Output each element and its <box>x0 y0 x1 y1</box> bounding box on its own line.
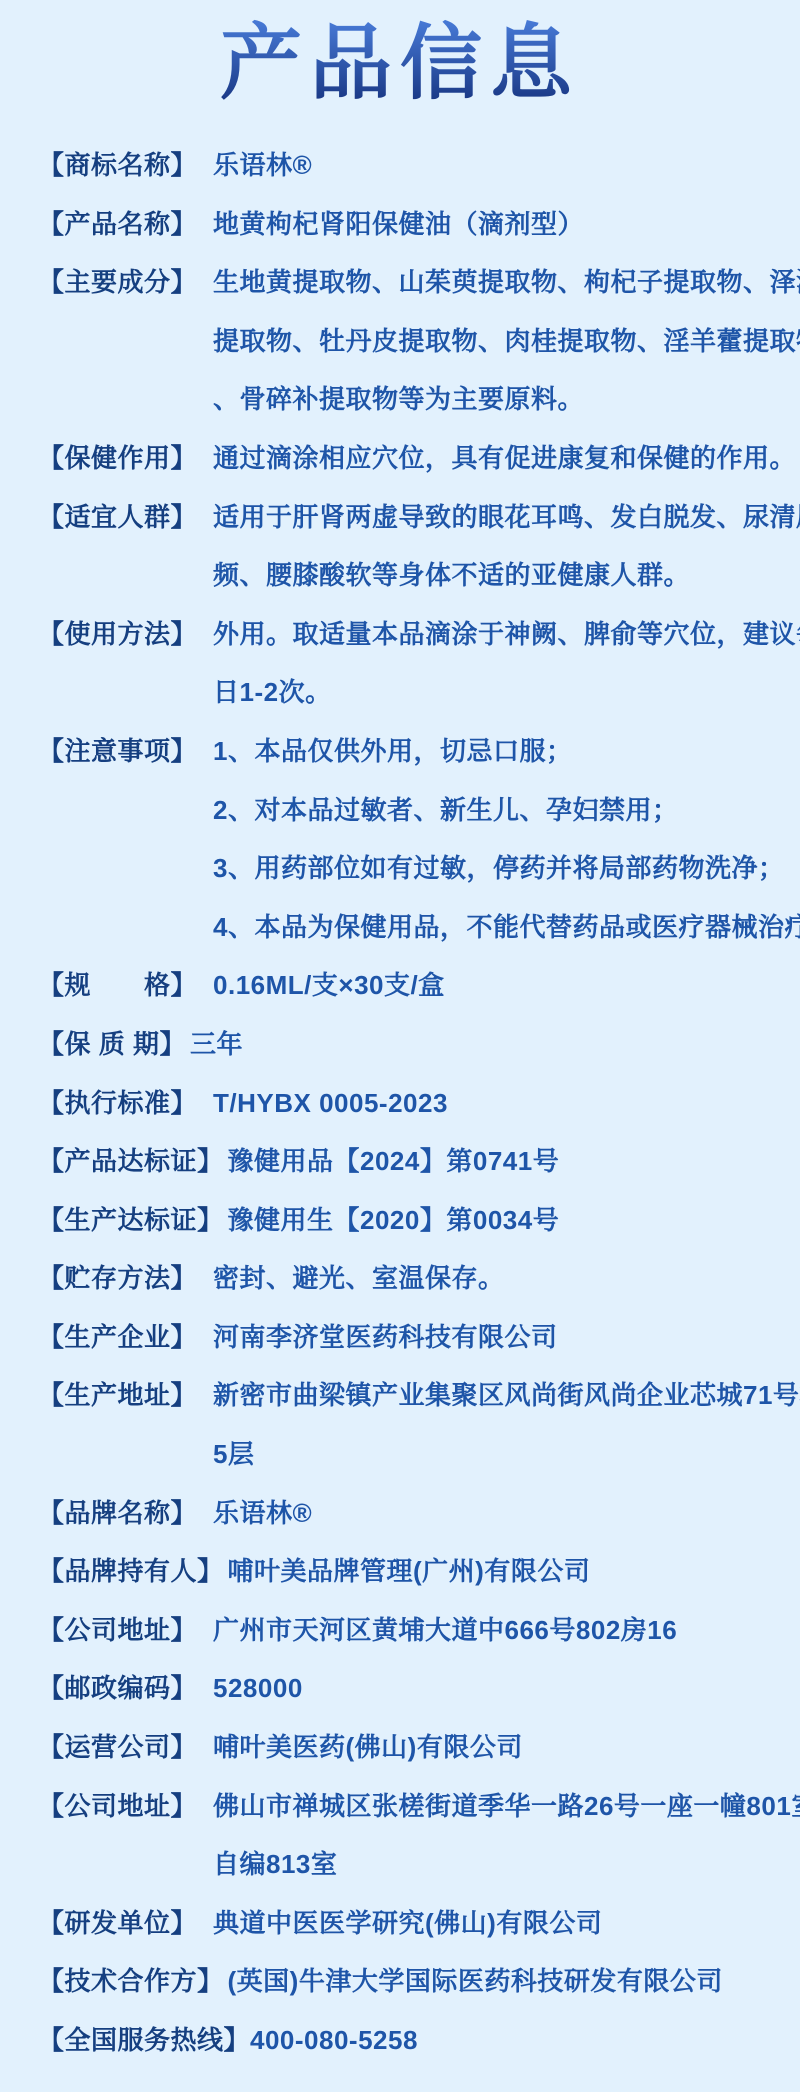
field-value: 生地黄提取物、山茱萸提取物、枸杞子提取物、泽泻提取物、牡丹皮提取物、肉桂提取物、… <box>213 253 792 429</box>
field-label: 【保 质 期】 <box>38 1015 186 1074</box>
field-value: (英国)牛津大学国际医药科技研发有限公司 <box>228 1952 792 2011</box>
field-value-line: 典道中医医学研究(佛山)有限公司 <box>213 1894 792 1953</box>
field-value: 乐语林® <box>213 136 792 195</box>
field-value: 地黄枸杞肾阳保健油（滴剂型） <box>213 195 792 254</box>
field-value: 乐语林® <box>213 1484 792 1543</box>
field-value-line: 提取物、牡丹皮提取物、肉桂提取物、淫羊藿提取物 <box>213 312 792 371</box>
field-value-line: 乐语林® <box>213 1484 792 1543</box>
field-value-line: 适用于肝肾两虚导致的眼花耳鸣、发白脱发、尿清尿 <box>213 488 792 547</box>
field-value: 哺叶美品牌管理(广州)有限公司 <box>228 1542 792 1601</box>
field-value-line: 频、腰膝酸软等身体不适的亚健康人群。 <box>213 546 792 605</box>
field-label: 【贮存方法】 <box>38 1249 197 1308</box>
field-label: 【注意事项】 <box>38 722 197 781</box>
field-value-line: 河南李济堂医药科技有限公司 <box>213 1308 792 1367</box>
field-label: 【保健作用】 <box>38 429 197 488</box>
field-value: 典道中医医学研究(佛山)有限公司 <box>213 1894 792 1953</box>
field-value: 新密市曲梁镇产业集聚区风尚街风尚企业芯城71号楼5层 <box>213 1366 792 1483</box>
field-label: 【主要成分】 <box>38 253 197 312</box>
field-label: 【生产企业】 <box>38 1308 197 1367</box>
field-label: 【技术合作方】 <box>38 1952 224 2011</box>
field-row: 【技术合作方】(英国)牛津大学国际医药科技研发有限公司 <box>38 1952 792 2011</box>
field-value-line: 豫健用品【2024】第0741号 <box>228 1132 792 1191</box>
field-label: 【使用方法】 <box>38 605 197 664</box>
field-row: 【适宜人群】适用于肝肾两虚导致的眼花耳鸣、发白脱发、尿清尿频、腰膝酸软等身体不适… <box>38 488 792 605</box>
field-row: 【全国服务热线】400-080-5258 <box>38 2011 792 2070</box>
field-value-line: 佛山市禅城区张槎街道季华一路26号一座一幢801室 <box>213 1777 792 1836</box>
field-label: 【运营公司】 <box>38 1718 197 1777</box>
field-value: T/HYBX 0005-2023 <box>213 1074 792 1133</box>
field-value-line: 豫健用生【2020】第0034号 <box>228 1191 792 1250</box>
field-row: 【公司地址】广州市天河区黄埔大道中666号802房16 <box>38 1601 792 1660</box>
field-row: 【公司地址】佛山市禅城区张槎街道季华一路26号一座一幢801室自编813室 <box>38 1777 792 1894</box>
field-row: 【使用方法】外用。取适量本品滴涂于神阙、脾俞等穴位，建议每日1-2次。 <box>38 605 792 722</box>
field-row: 【主要成分】生地黄提取物、山茱萸提取物、枸杞子提取物、泽泻提取物、牡丹皮提取物、… <box>38 253 792 429</box>
field-row: 【贮存方法】密封、避光、室温保存。 <box>38 1249 792 1308</box>
field-value-line: 日1-2次。 <box>213 663 792 722</box>
field-value-line: 1、本品仅供外用，切忌口服； <box>213 722 792 781</box>
field-value: 通过滴涂相应穴位，具有促进康复和保健的作用。 <box>213 429 792 488</box>
field-row: 【生产达标证】豫健用生【2020】第0034号 <box>38 1191 792 1250</box>
field-value-line: 外用。取适量本品滴涂于神阙、脾俞等穴位，建议每 <box>213 605 792 664</box>
field-value-line: 528000 <box>213 1659 792 1718</box>
field-label: 【公司地址】 <box>38 1777 197 1836</box>
field-value-line: 生地黄提取物、山茱萸提取物、枸杞子提取物、泽泻 <box>213 253 792 312</box>
field-row: 【注意事项】1、本品仅供外用，切忌口服；2、对本品过敏者、新生儿、孕妇禁用；3、… <box>38 722 792 956</box>
field-label: 【商标名称】 <box>38 136 197 195</box>
field-value-line: 、骨碎补提取物等为主要原料。 <box>213 370 792 429</box>
field-label: 【邮政编码】 <box>38 1659 197 1718</box>
field-row: 【品牌持有人】哺叶美品牌管理(广州)有限公司 <box>38 1542 792 1601</box>
field-value: 外用。取适量本品滴涂于神阙、脾俞等穴位，建议每日1-2次。 <box>213 605 792 722</box>
field-row: 【产品达标证】豫健用品【2024】第0741号 <box>38 1132 792 1191</box>
product-fields: 【商标名称】乐语林®【产品名称】地黄枸杞肾阳保健油（滴剂型）【主要成分】生地黄提… <box>0 118 800 2070</box>
field-row: 【保健作用】通过滴涂相应穴位，具有促进康复和保健的作用。 <box>38 429 792 488</box>
field-value-line: 2、对本品过敏者、新生儿、孕妇禁用； <box>213 781 792 840</box>
field-label: 【品牌持有人】 <box>38 1542 224 1601</box>
field-value: 三年 <box>190 1015 792 1074</box>
field-value-line: 哺叶美医药(佛山)有限公司 <box>213 1718 792 1777</box>
field-row: 【商标名称】乐语林® <box>38 136 792 195</box>
field-value: 400-080-5258 <box>250 2011 792 2070</box>
field-row: 【邮政编码】528000 <box>38 1659 792 1718</box>
field-label: 【生产地址】 <box>38 1366 197 1425</box>
field-value-line: T/HYBX 0005-2023 <box>213 1074 792 1133</box>
field-value-line: 400-080-5258 <box>250 2011 792 2070</box>
field-label: 【全国服务热线】 <box>38 2011 250 2070</box>
field-value-line: 4、本品为保健用品，不能代替药品或医疗器械治疗。 <box>213 898 792 957</box>
field-value-line: 3、用药部位如有过敏，停药并将局部药物洗净； <box>213 839 792 898</box>
field-row: 【保 质 期】三年 <box>38 1015 792 1074</box>
field-value: 豫健用生【2020】第0034号 <box>228 1191 792 1250</box>
field-value-line: (英国)牛津大学国际医药科技研发有限公司 <box>228 1952 792 2011</box>
field-value: 0.16ML/支×30支/盒 <box>213 956 792 1015</box>
field-row: 【生产地址】新密市曲梁镇产业集聚区风尚街风尚企业芯城71号楼5层 <box>38 1366 792 1483</box>
field-label: 【执行标准】 <box>38 1074 197 1133</box>
field-label: 【品牌名称】 <box>38 1484 197 1543</box>
field-row: 【品牌名称】乐语林® <box>38 1484 792 1543</box>
field-value: 广州市天河区黄埔大道中666号802房16 <box>213 1601 792 1660</box>
field-label: 【公司地址】 <box>38 1601 197 1660</box>
field-value-line: 自编813室 <box>213 1835 792 1894</box>
product-info-page: 产品信息 【商标名称】乐语林®【产品名称】地黄枸杞肾阳保健油（滴剂型）【主要成分… <box>0 0 800 2092</box>
field-value: 豫健用品【2024】第0741号 <box>228 1132 792 1191</box>
field-label: 【规 格】 <box>38 956 197 1015</box>
field-value-line: 新密市曲梁镇产业集聚区风尚街风尚企业芯城71号楼 <box>213 1366 792 1425</box>
field-row: 【产品名称】地黄枸杞肾阳保健油（滴剂型） <box>38 195 792 254</box>
field-value-line: 广州市天河区黄埔大道中666号802房16 <box>213 1601 792 1660</box>
field-value: 哺叶美医药(佛山)有限公司 <box>213 1718 792 1777</box>
field-value-line: 三年 <box>190 1015 792 1074</box>
field-label: 【生产达标证】 <box>38 1191 224 1250</box>
field-value: 密封、避光、室温保存。 <box>213 1249 792 1308</box>
field-value-line: 乐语林® <box>213 136 792 195</box>
field-value: 佛山市禅城区张槎街道季华一路26号一座一幢801室自编813室 <box>213 1777 792 1894</box>
field-value: 适用于肝肾两虚导致的眼花耳鸣、发白脱发、尿清尿频、腰膝酸软等身体不适的亚健康人群… <box>213 488 792 605</box>
field-value-line: 哺叶美品牌管理(广州)有限公司 <box>228 1542 792 1601</box>
field-value: 河南李济堂医药科技有限公司 <box>213 1308 792 1367</box>
field-row: 【研发单位】典道中医医学研究(佛山)有限公司 <box>38 1894 792 1953</box>
page-title: 产品信息 <box>0 14 800 118</box>
field-label: 【适宜人群】 <box>38 488 197 547</box>
field-label: 【产品名称】 <box>38 195 197 254</box>
field-label: 【产品达标证】 <box>38 1132 224 1191</box>
field-value-line: 密封、避光、室温保存。 <box>213 1249 792 1308</box>
field-row: 【执行标准】T/HYBX 0005-2023 <box>38 1074 792 1133</box>
field-value-line: 地黄枸杞肾阳保健油（滴剂型） <box>213 195 792 254</box>
field-value: 528000 <box>213 1659 792 1718</box>
field-row: 【运营公司】哺叶美医药(佛山)有限公司 <box>38 1718 792 1777</box>
field-row: 【生产企业】河南李济堂医药科技有限公司 <box>38 1308 792 1367</box>
field-row: 【规 格】0.16ML/支×30支/盒 <box>38 956 792 1015</box>
field-label: 【研发单位】 <box>38 1894 197 1953</box>
field-value-line: 5层 <box>213 1425 792 1484</box>
field-value: 1、本品仅供外用，切忌口服；2、对本品过敏者、新生儿、孕妇禁用；3、用药部位如有… <box>213 722 792 956</box>
field-value-line: 通过滴涂相应穴位，具有促进康复和保健的作用。 <box>213 429 792 488</box>
field-value-line: 0.16ML/支×30支/盒 <box>213 956 792 1015</box>
